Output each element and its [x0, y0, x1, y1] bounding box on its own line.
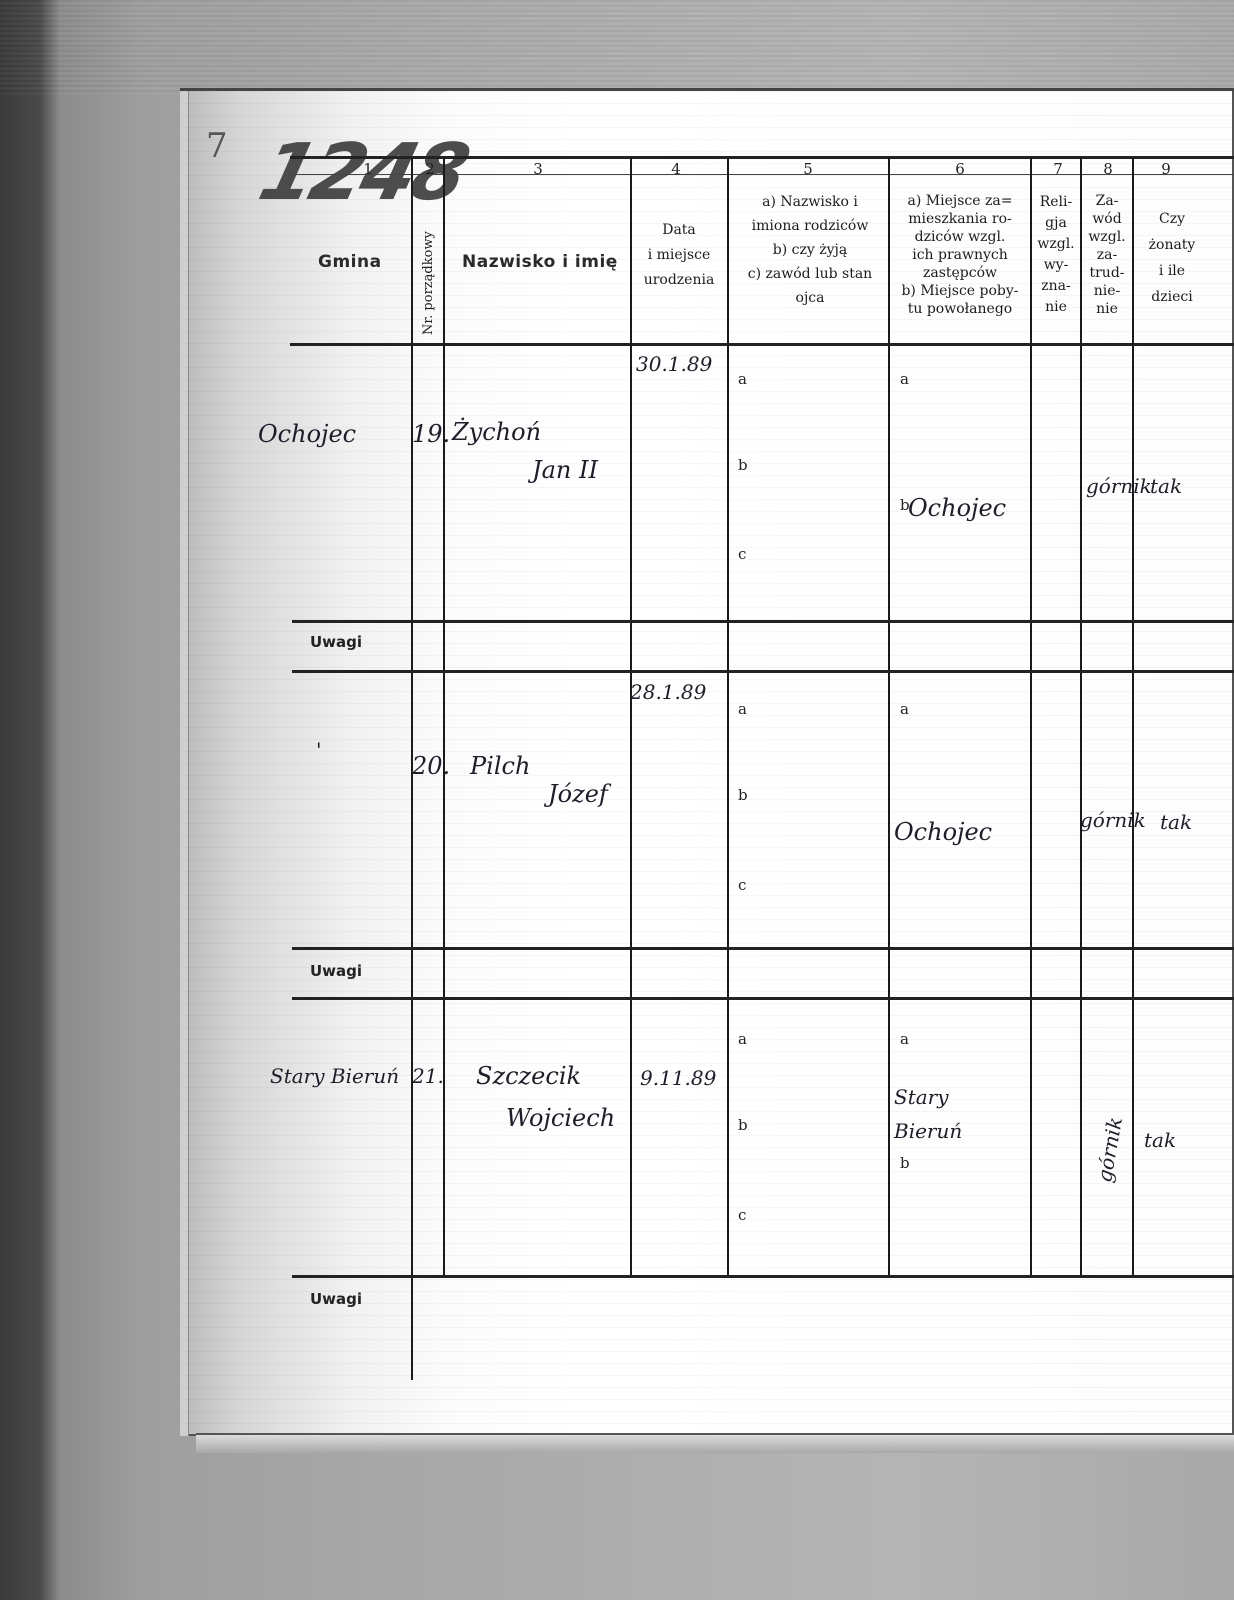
remarks-label-3: Uwagi [310, 1290, 362, 1308]
record-occupation: górnik [1080, 808, 1146, 832]
row-1-bottom-rule [292, 620, 1234, 623]
header-bottom-rule [290, 343, 1234, 346]
header-line: za- [1082, 246, 1132, 264]
column-number-9: 9 [1156, 160, 1176, 178]
column-number-1: 1 [358, 160, 378, 178]
header-line: a) Miejsce za= [890, 192, 1030, 210]
sub-label-b: b [738, 456, 748, 474]
sub-label-a: a [900, 370, 909, 388]
header-line: tu powołanego [890, 300, 1030, 318]
sub-label-c: c [738, 1206, 746, 1224]
sub-label-a: a [900, 700, 909, 718]
header-line: żonaty [1134, 232, 1210, 258]
record-gmina: Stary Bieruń [270, 1064, 399, 1088]
column-divider-5-6 [888, 158, 890, 1278]
header-line: nie [1082, 300, 1132, 318]
column-header-occupation: Za- wód wzgl. za- trud- nie- nie [1082, 192, 1132, 318]
page-edge [180, 91, 189, 1436]
column-header-residence: a) Miejsce za= mieszkania ro- dziców wzg… [890, 192, 1030, 318]
remarks-label-2: Uwagi [310, 962, 362, 980]
header-line: i miejsce [632, 247, 726, 264]
record-nr: 19. [412, 420, 450, 448]
column-header-parents: a) Nazwisko i imiona rodziców b) czy żyj… [730, 190, 890, 310]
record-given-name: Józef [548, 780, 608, 808]
header-line: a) Nazwisko i [730, 190, 890, 214]
record-birth-date: 9.11.89 [640, 1066, 716, 1090]
header-line: urodzenia [632, 272, 726, 289]
column-divider-2-3 [443, 158, 445, 1278]
column-header-nr: Nr. porządkowy [421, 231, 436, 335]
row-3-bottom-rule [292, 1275, 1234, 1278]
header-line: wy- [1032, 255, 1080, 276]
sub-label-b: b [900, 1154, 910, 1172]
header-line: wzgl. [1032, 234, 1080, 255]
header-line: i ile [1134, 258, 1210, 284]
record-nr: 20. [412, 752, 450, 780]
column-number-8: 8 [1098, 160, 1118, 178]
header-line: nie- [1082, 282, 1132, 300]
record-surname: Pilch [470, 752, 530, 780]
sub-label-c: c [738, 876, 746, 894]
sub-label-a: a [738, 370, 747, 388]
header-line: Czy [1134, 206, 1210, 232]
header-line: zastępców [890, 264, 1030, 282]
column-number-7: 7 [1048, 160, 1068, 178]
row-2-bottom-rule [292, 947, 1234, 950]
record-residence: Stary Bieruń [894, 1080, 1014, 1148]
header-line: Data [632, 222, 726, 239]
header-line: trud- [1082, 264, 1132, 282]
column-divider-7-8 [1080, 158, 1082, 1278]
column-number-2: 2 [420, 160, 440, 178]
record-surname: Żychoń [452, 418, 541, 446]
column-header-name: Nazwisko i imię [462, 252, 618, 272]
header-line: mieszkania ro- [890, 210, 1030, 228]
header-line: b) czy żyją [730, 238, 890, 262]
column-divider-6-7 [1030, 158, 1032, 1278]
header-line: zna- [1032, 276, 1080, 297]
header-top-rule [290, 156, 1234, 159]
column-number-3: 3 [528, 160, 548, 178]
header-line: b) Miejsce poby- [890, 282, 1030, 300]
sub-label-c: c [738, 545, 746, 563]
sub-label-a: a [738, 700, 747, 718]
header-line: gja [1032, 213, 1080, 234]
record-surname: Szczecik [476, 1062, 581, 1090]
record-occupation: górnik [1086, 474, 1152, 498]
column-divider-4-5 [727, 158, 729, 1278]
column-header-gmina: Gmina [318, 252, 382, 272]
header-line: imiona rodziców [730, 214, 890, 238]
column-number-4: 4 [666, 160, 686, 178]
column-number-5: 5 [798, 160, 818, 178]
sub-label-b: b [738, 786, 748, 804]
header-line: c) zawód lub stan [730, 262, 890, 286]
remarks-2-bottom-rule [292, 997, 1234, 1000]
record-residence: Ochojec [894, 818, 992, 846]
column-header-religion: Reli- gja wzgl. wy- zna- nie [1032, 192, 1080, 318]
column-divider-8-9 [1132, 158, 1134, 1278]
record-given-name: Jan II [532, 456, 598, 484]
header-line: dziców wzgl. [890, 228, 1030, 246]
header-line: Za- [1082, 192, 1132, 210]
header-line: nie [1032, 297, 1080, 318]
record-gmina: Ochojec [258, 420, 356, 448]
sub-label-a: a [738, 1030, 747, 1048]
record-birth-date: 30.1.89 [636, 352, 712, 376]
header-line: ojca [730, 286, 890, 310]
header-line: Reli- [1032, 192, 1080, 213]
header-line: wzgl. [1082, 228, 1132, 246]
remarks-label-1: Uwagi [310, 633, 362, 651]
record-married: tak [1144, 1128, 1176, 1152]
page-bottom-edge [196, 1433, 1234, 1453]
header-line: wód [1082, 210, 1132, 228]
record-residence: Ochojec [908, 494, 1006, 522]
record-gmina-ditto: ' [316, 738, 322, 762]
header-line: dzieci [1134, 284, 1210, 310]
record-given-name: Wojciech [506, 1104, 615, 1132]
column-divider-3-4 [630, 158, 632, 1278]
header-line: ich prawnych [890, 246, 1030, 264]
record-nr: 21. [412, 1064, 444, 1088]
corner-mark: 7 [206, 126, 228, 166]
record-birth-date: 28.1.89 [630, 680, 706, 704]
sub-label-a: a [900, 1030, 909, 1048]
record-married: tak [1150, 474, 1182, 498]
record-married: tak [1160, 810, 1192, 834]
scan-background-top [0, 0, 1234, 95]
remarks-1-bottom-rule [292, 670, 1234, 673]
sub-label-b: b [738, 1116, 748, 1134]
column-number-6: 6 [950, 160, 970, 178]
column-header-married: Czy żonaty i ile dzieci [1134, 206, 1210, 310]
column-header-birth: Data i miejsce urodzenia [632, 222, 726, 289]
